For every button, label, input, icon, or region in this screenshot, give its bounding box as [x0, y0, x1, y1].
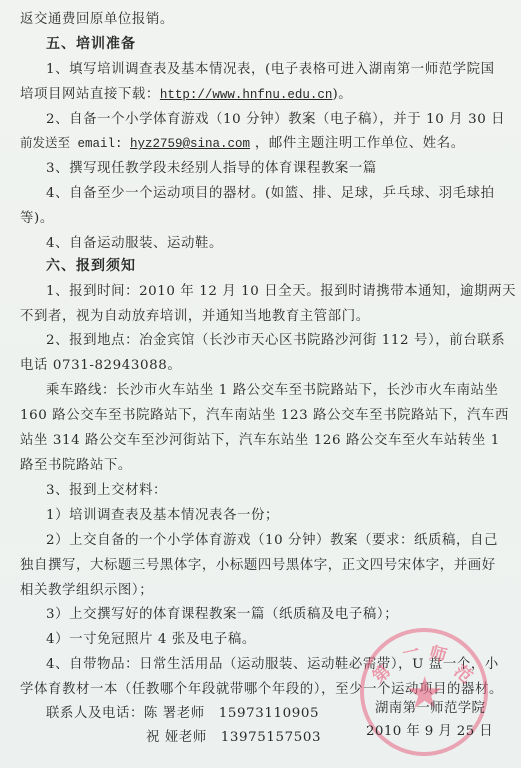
text: ，邮件主题注明工作单位、姓名。: [250, 136, 465, 151]
section-heading-registration: 六、报到须知: [46, 258, 136, 274]
paragraph-line: 电话 0731-82943088。: [20, 358, 181, 374]
paragraph-line: 相关教学组织示图）；: [20, 583, 153, 599]
paragraph-line: 4）一寸免冠照片 4 张及电子稿。: [46, 632, 256, 648]
paragraph-line: 站坐 314 路公交车至沙河街站下，汽车东站坐 126 路公交车至火车站转坐 1: [20, 433, 500, 449]
paragraph-line: 培项目网站直接下载：http://www.hnfnu.edu.cn)。: [20, 87, 352, 103]
signature-organization: 湖南第一师范学院: [375, 697, 485, 716]
paragraph-line: 不到者，视为自动放弃培训，并通知当地教育主管部门。: [20, 309, 370, 325]
website-link[interactable]: http://www.hnfnu.edu.cn: [160, 88, 333, 102]
contact-line: 联系人及电话：陈 署老师 15973110905: [46, 706, 319, 722]
paragraph-line: 3、报到上交材料：: [46, 483, 167, 499]
document-page: 返交通费回原单位报销。 五、培训准备 1、填写培训调查表及基本情况表，(电子表格…: [0, 0, 521, 768]
paragraph-line: 1、填写培训调查表及基本情况表，(电子表格可进入湖南第一师范学院国: [46, 62, 495, 78]
paragraph-line: 前发送至 email: hyz2759@sina.com ，邮件主题注明工作单位…: [20, 136, 465, 152]
paragraph-line: 2、报到地点：冶金宾馆（长沙市天心区书院路沙河街 112 号），前台联系: [46, 333, 505, 349]
paragraph-line: 乘车路线：长沙市火车站坐 1 路公交车至书院路站下，长沙市火车南站坐: [46, 383, 499, 399]
paragraph-line: 1、报到时间：2010 年 12 月 10 日全天。报到时请携带本通知，逾期两天: [46, 284, 516, 300]
paragraph-line: 2）上交自备的一个小学体育游戏（10 分钟）教案（要求：纸质稿，自己: [46, 533, 498, 549]
text: 前发送至 email:: [20, 137, 130, 151]
section-heading-training-prep: 五、培训准备: [46, 36, 136, 52]
paragraph-line: 3、撰写现任教学段未经别人指导的体育课程教案一篇: [46, 161, 377, 177]
paragraph-line: 路至书院路站下。: [20, 458, 132, 474]
paragraph-line: 4、自备运动服装、运动鞋。: [46, 236, 223, 252]
text: 培项目网站直接下载：: [20, 87, 160, 102]
paragraph-line: 等)。: [20, 211, 54, 227]
paragraph-line: 2、自备一个小学体育游戏（10 分钟）教案（电子稿），并于 10 月 30 日: [46, 112, 505, 128]
paragraph-line: 返交通费回原单位报销。: [20, 12, 174, 28]
text: )。: [332, 87, 352, 102]
paragraph-line: 1）培训调查表及基本情况表各一份；: [46, 508, 279, 524]
paragraph-line: 160 路公交车至书院路站下，汽车南站坐 123 路公交车至书院路站下，汽车西: [20, 408, 509, 424]
signature-date: 2010 年 9 月 25 日: [366, 720, 493, 739]
paragraph-line: 3）上交撰写好的体育课程教案一篇（纸质稿及电子稿）；: [46, 607, 398, 623]
contact-line: 祝 娅老师 13975157503: [146, 730, 321, 746]
paragraph-line: 4、自备至少一个运动项目的器材。(如篮、排、足球，乒乓球、羽毛球拍: [46, 186, 495, 202]
paragraph-line: 独自撰写，大标题三号黑体字，小标题四号黑体字，正文四号宋体字，并画好: [20, 558, 496, 574]
email-link[interactable]: hyz2759@sina.com: [130, 137, 250, 151]
